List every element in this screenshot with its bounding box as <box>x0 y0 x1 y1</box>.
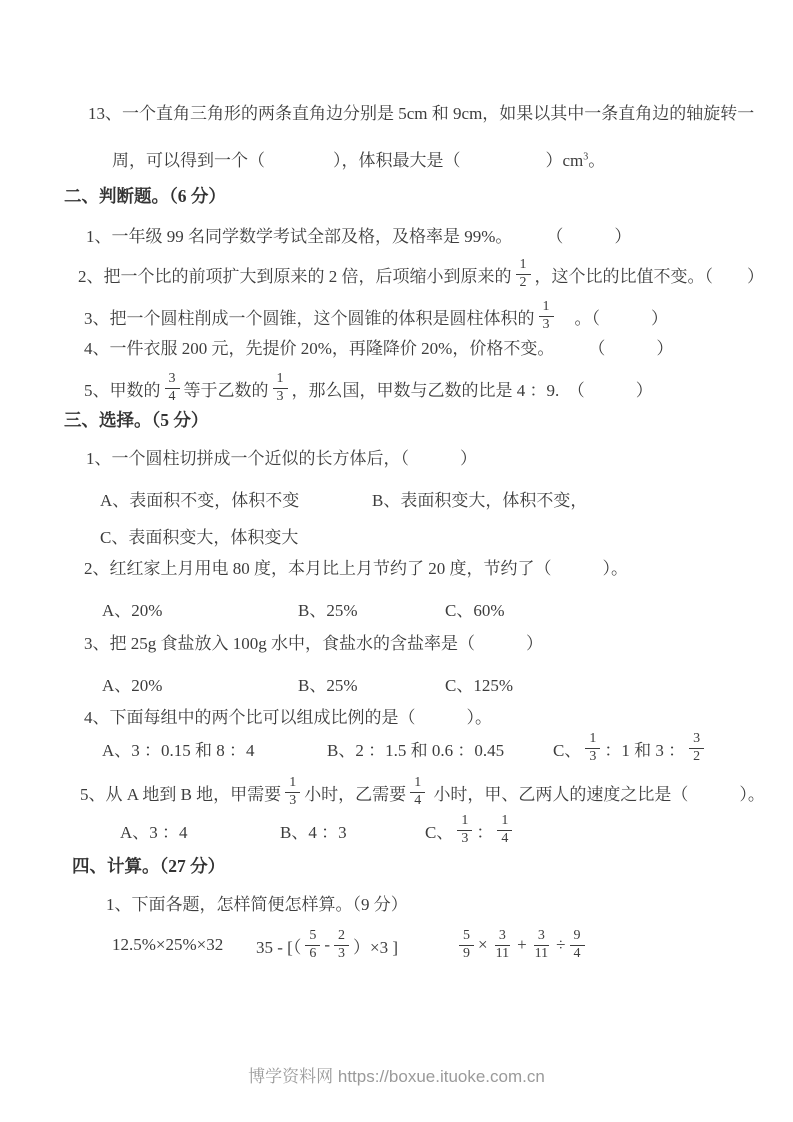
fraction-3-4: 34 <box>165 371 180 404</box>
fraction-1-3: 13 <box>285 775 300 808</box>
choice-q4-option-c-mid: ：1 和 3 ： <box>604 736 685 761</box>
choice-q5-option-c: C、 13 ： 14 <box>425 806 516 854</box>
fraction-2-3: 23 <box>334 928 349 961</box>
calc-expression-3-plus: + <box>517 935 527 955</box>
choice-q2-option-a: A、20% <box>102 596 162 621</box>
calc-expression-2: 35 - [（ 56 - 23 ）×3 ] <box>256 918 398 972</box>
judge-q5: 5、甲数的 34 等于乙数的 13 ，那么国，甲数与乙数的比是 4 ：9. （ … <box>84 364 653 412</box>
question-13-line-2-end: 。 <box>588 151 605 170</box>
calc-expression-3-times: × <box>478 935 488 955</box>
judge-q4: 4、一件衣服 200 元，先提价 20%，再隆降价 20%，价格不变。 （ ） <box>84 338 673 359</box>
section-2-heading: 二、判断题。（6 分） <box>64 186 226 208</box>
choice-q5-post: 小时，甲、乙两人的速度之比是（ ）。 <box>429 780 765 805</box>
choice-q5-mid: 小时，乙需要 <box>304 780 406 805</box>
judge-q5-mid: 等于乙数的 <box>184 376 269 401</box>
choice-q4-option-a: A、3 ：0.15 和 8 ：4 <box>102 724 255 772</box>
fraction-3-2: 32 <box>689 731 704 764</box>
fraction-1-4: 14 <box>410 775 425 808</box>
fraction-9-4: 94 <box>570 928 585 961</box>
choice-q4-option-c-pre: C、 <box>553 736 581 761</box>
judge-q2-pre: 2、把一个比的前项扩大到原来的 2 倍，后项缩小到原来的 <box>78 262 512 287</box>
question-13-line-2: 周，可以得到一个（ ），体积最大是（ ）cm3。 <box>112 150 605 171</box>
fraction-3-11: 311 <box>492 928 513 961</box>
calc-expression-2-pre: 35 - [（ <box>256 933 301 958</box>
choice-q2-option-c: C、60% <box>445 596 505 621</box>
fraction-1-2: 12 <box>516 257 531 290</box>
fraction-5-6: 56 <box>305 928 320 961</box>
calc-q1: 1、下面各题，怎样简便怎样算。（9 分） <box>106 894 408 915</box>
fraction-5-9: 59 <box>459 928 474 961</box>
judge-q1: 1、一年级 99 名同学数学考试全部及格，及格率是 99%。 （ ） <box>86 226 631 247</box>
choice-q5-option-a: A、3 ：4 <box>120 806 188 854</box>
calc-expression-2-minus: - <box>324 935 330 955</box>
fraction-1-3: 13 <box>539 299 554 332</box>
choice-q4-option-b: B、2 ：1.5 和 0.6 ：0.45 <box>327 724 504 772</box>
choice-q1: 1、一个圆柱切拼成一个近似的长方体后，（ ） <box>86 448 477 469</box>
choice-q3-option-a: A、20% <box>102 671 162 696</box>
choice-q3-option-c: C、125% <box>445 671 513 696</box>
judge-q3: 3、把一个圆柱削成一个圆锥，这个圆锥的体积是圆柱体积的 13 。（ ） <box>84 292 668 340</box>
section-4-heading: 四、计算。（27 分） <box>72 856 225 878</box>
choice-q2: 2、红红家上月用电 80 度，本月比上月节约了 20 度，节约了（ ）。 <box>84 558 628 579</box>
judge-q5-pre: 5、甲数的 <box>84 376 161 401</box>
choice-q1-option-a: A、表面积不变，体积不变 <box>100 486 299 511</box>
section-3-heading: 三、选择。（5 分） <box>64 410 208 432</box>
calc-expression-1: 12.5%×25%×32 <box>112 918 223 972</box>
choice-q1-option-c: C、表面积变大，体积变大 <box>100 523 298 548</box>
choice-q1-option-b: B、表面积变大，体积不变， <box>372 486 587 511</box>
judge-q2-post: ，这个比的比值不变。（ ） <box>535 262 765 287</box>
fraction-1-4: 14 <box>497 813 512 846</box>
fraction-1-3: 13 <box>585 731 600 764</box>
choice-q5-option-c-mid: ： <box>476 818 493 843</box>
calc-expression-2-post: ）×3 ] <box>353 933 398 958</box>
question-13-line-2-text: 周，可以得到一个（ ），体积最大是（ ）cm <box>112 151 583 170</box>
judge-q5-post: ，那么国，甲数与乙数的比是 4 ：9. （ ） <box>292 376 653 401</box>
choice-q3: 3、把 25g 食盐放入 100g 水中，食盐水的含盐率是（ ） <box>84 633 543 654</box>
fraction-1-3: 13 <box>457 813 472 846</box>
judge-q3-post: 。（ ） <box>558 304 669 329</box>
calc-expression-3: 59 × 311 + 311 ÷ 94 <box>455 918 589 972</box>
fraction-1-3: 13 <box>273 371 288 404</box>
choice-q5-option-b: B、4 ：3 <box>280 806 347 854</box>
calc-expression-3-divide: ÷ <box>556 935 565 955</box>
question-13-line-1: 13、一个直角三角形的两条直角边分别是 5cm 和 9cm，如果以其中一条直角边… <box>88 103 754 124</box>
fraction-3-11: 311 <box>531 928 552 961</box>
choice-q2-option-b: B、25% <box>298 596 358 621</box>
exam-page: 13、一个直角三角形的两条直角边分别是 5cm 和 9cm，如果以其中一条直角边… <box>0 0 793 1122</box>
judge-q3-pre: 3、把一个圆柱削成一个圆锥，这个圆锥的体积是圆柱体积的 <box>84 304 535 329</box>
choice-q4-option-c: C、 13 ：1 和 3 ： 32 <box>553 724 708 772</box>
site-watermark: 博学资料网 https://boxue.ituoke.com.cn <box>0 1062 793 1087</box>
choice-q5-option-c-pre: C、 <box>425 818 453 843</box>
choice-q3-option-b: B、25% <box>298 671 358 696</box>
judge-q2: 2、把一个比的前项扩大到原来的 2 倍，后项缩小到原来的 12 ，这个比的比值不… <box>78 250 764 298</box>
choice-q5-pre: 5、从 A 地到 B 地，甲需要 <box>80 780 281 805</box>
